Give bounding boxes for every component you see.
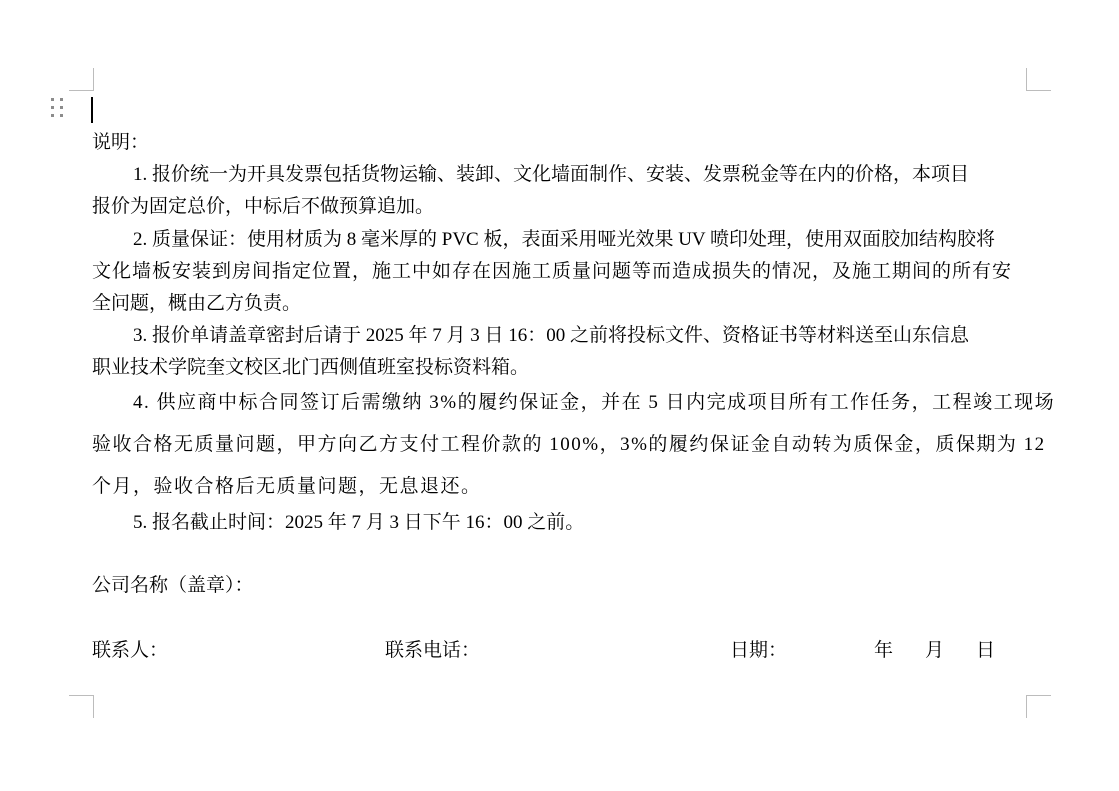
contact-phone-label: 联系电话： xyxy=(385,639,480,663)
document-text-area[interactable]: 说明：1. 报价统一为开具发票包括货物运输、装卸、文化墙面制作、安装、发票税金等… xyxy=(0,0,1119,791)
item4-line3: 个月，验收合格后无质量问题，无息退还。 xyxy=(92,475,482,499)
item1-line2: 报价为固定总价，中标后不做预算追加。 xyxy=(92,195,434,219)
item4-line2: 验收合格无质量问题，甲方向乙方支付工程价款的 100%，3%的履约保证金自动转为… xyxy=(92,433,1046,457)
heading-shuoming: 说明： xyxy=(92,131,149,155)
text-cursor xyxy=(91,97,93,123)
company-name-label: 公司名称（盖章）： xyxy=(92,574,254,598)
item4-line1: 4. 供应商中标合同签订后需缴纳 3%的履约保证金，并在 5 日内完成项目所有工… xyxy=(133,391,1055,415)
date-label: 日期： xyxy=(730,639,787,663)
item5-line1: 5. 报名截止时间：2025 年 7 月 3 日下午 16：00 之前。 xyxy=(133,511,584,535)
document-page: 说明：1. 报价统一为开具发票包括货物运输、装卸、文化墙面制作、安装、发票税金等… xyxy=(0,0,1119,791)
item2-line3: 全问题，概由乙方负责。 xyxy=(92,292,301,316)
item1-line1: 1. 报价统一为开具发票包括货物运输、装卸、文化墙面制作、安装、发票税金等在内的… xyxy=(133,163,969,187)
item2-line2: 文化墙板安装到房间指定位置，施工中如存在因施工质量问题等而造成损失的情况，及施工… xyxy=(92,260,1012,284)
item3-line2: 职业技术学院奎文校区北门西侧值班室投标资料箱。 xyxy=(92,356,529,380)
day-label: 日 xyxy=(976,639,995,663)
contact-name-label: 联系人： xyxy=(92,639,168,663)
item2-line1: 2. 质量保证：使用材质为 8 毫米厚的 PVC 板，表面采用哑光效果 UV 喷… xyxy=(133,228,995,252)
item3-line1: 3. 报价单请盖章密封后请于 2025 年 7 月 3 日 16：00 之前将投… xyxy=(133,324,969,348)
month-label: 月 xyxy=(925,639,944,663)
year-label: 年 xyxy=(874,639,893,663)
